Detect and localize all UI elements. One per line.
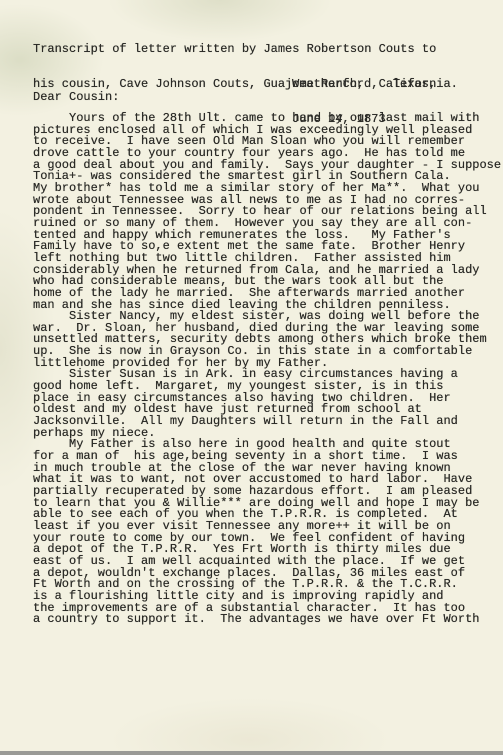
header-line: Transcript of letter written by James Ro… xyxy=(33,44,458,56)
letter-body: Yours of the 28th Ult. came to hand by o… xyxy=(33,113,501,626)
body-line: a country to support it. The advantages … xyxy=(33,614,501,626)
scan-bottom-edge xyxy=(0,751,503,755)
salutation: Dear Cousin: xyxy=(33,92,119,104)
letter-page: Transcript of letter written by James Ro… xyxy=(0,0,503,751)
place-line: Weatherford, Texas, xyxy=(292,79,436,91)
